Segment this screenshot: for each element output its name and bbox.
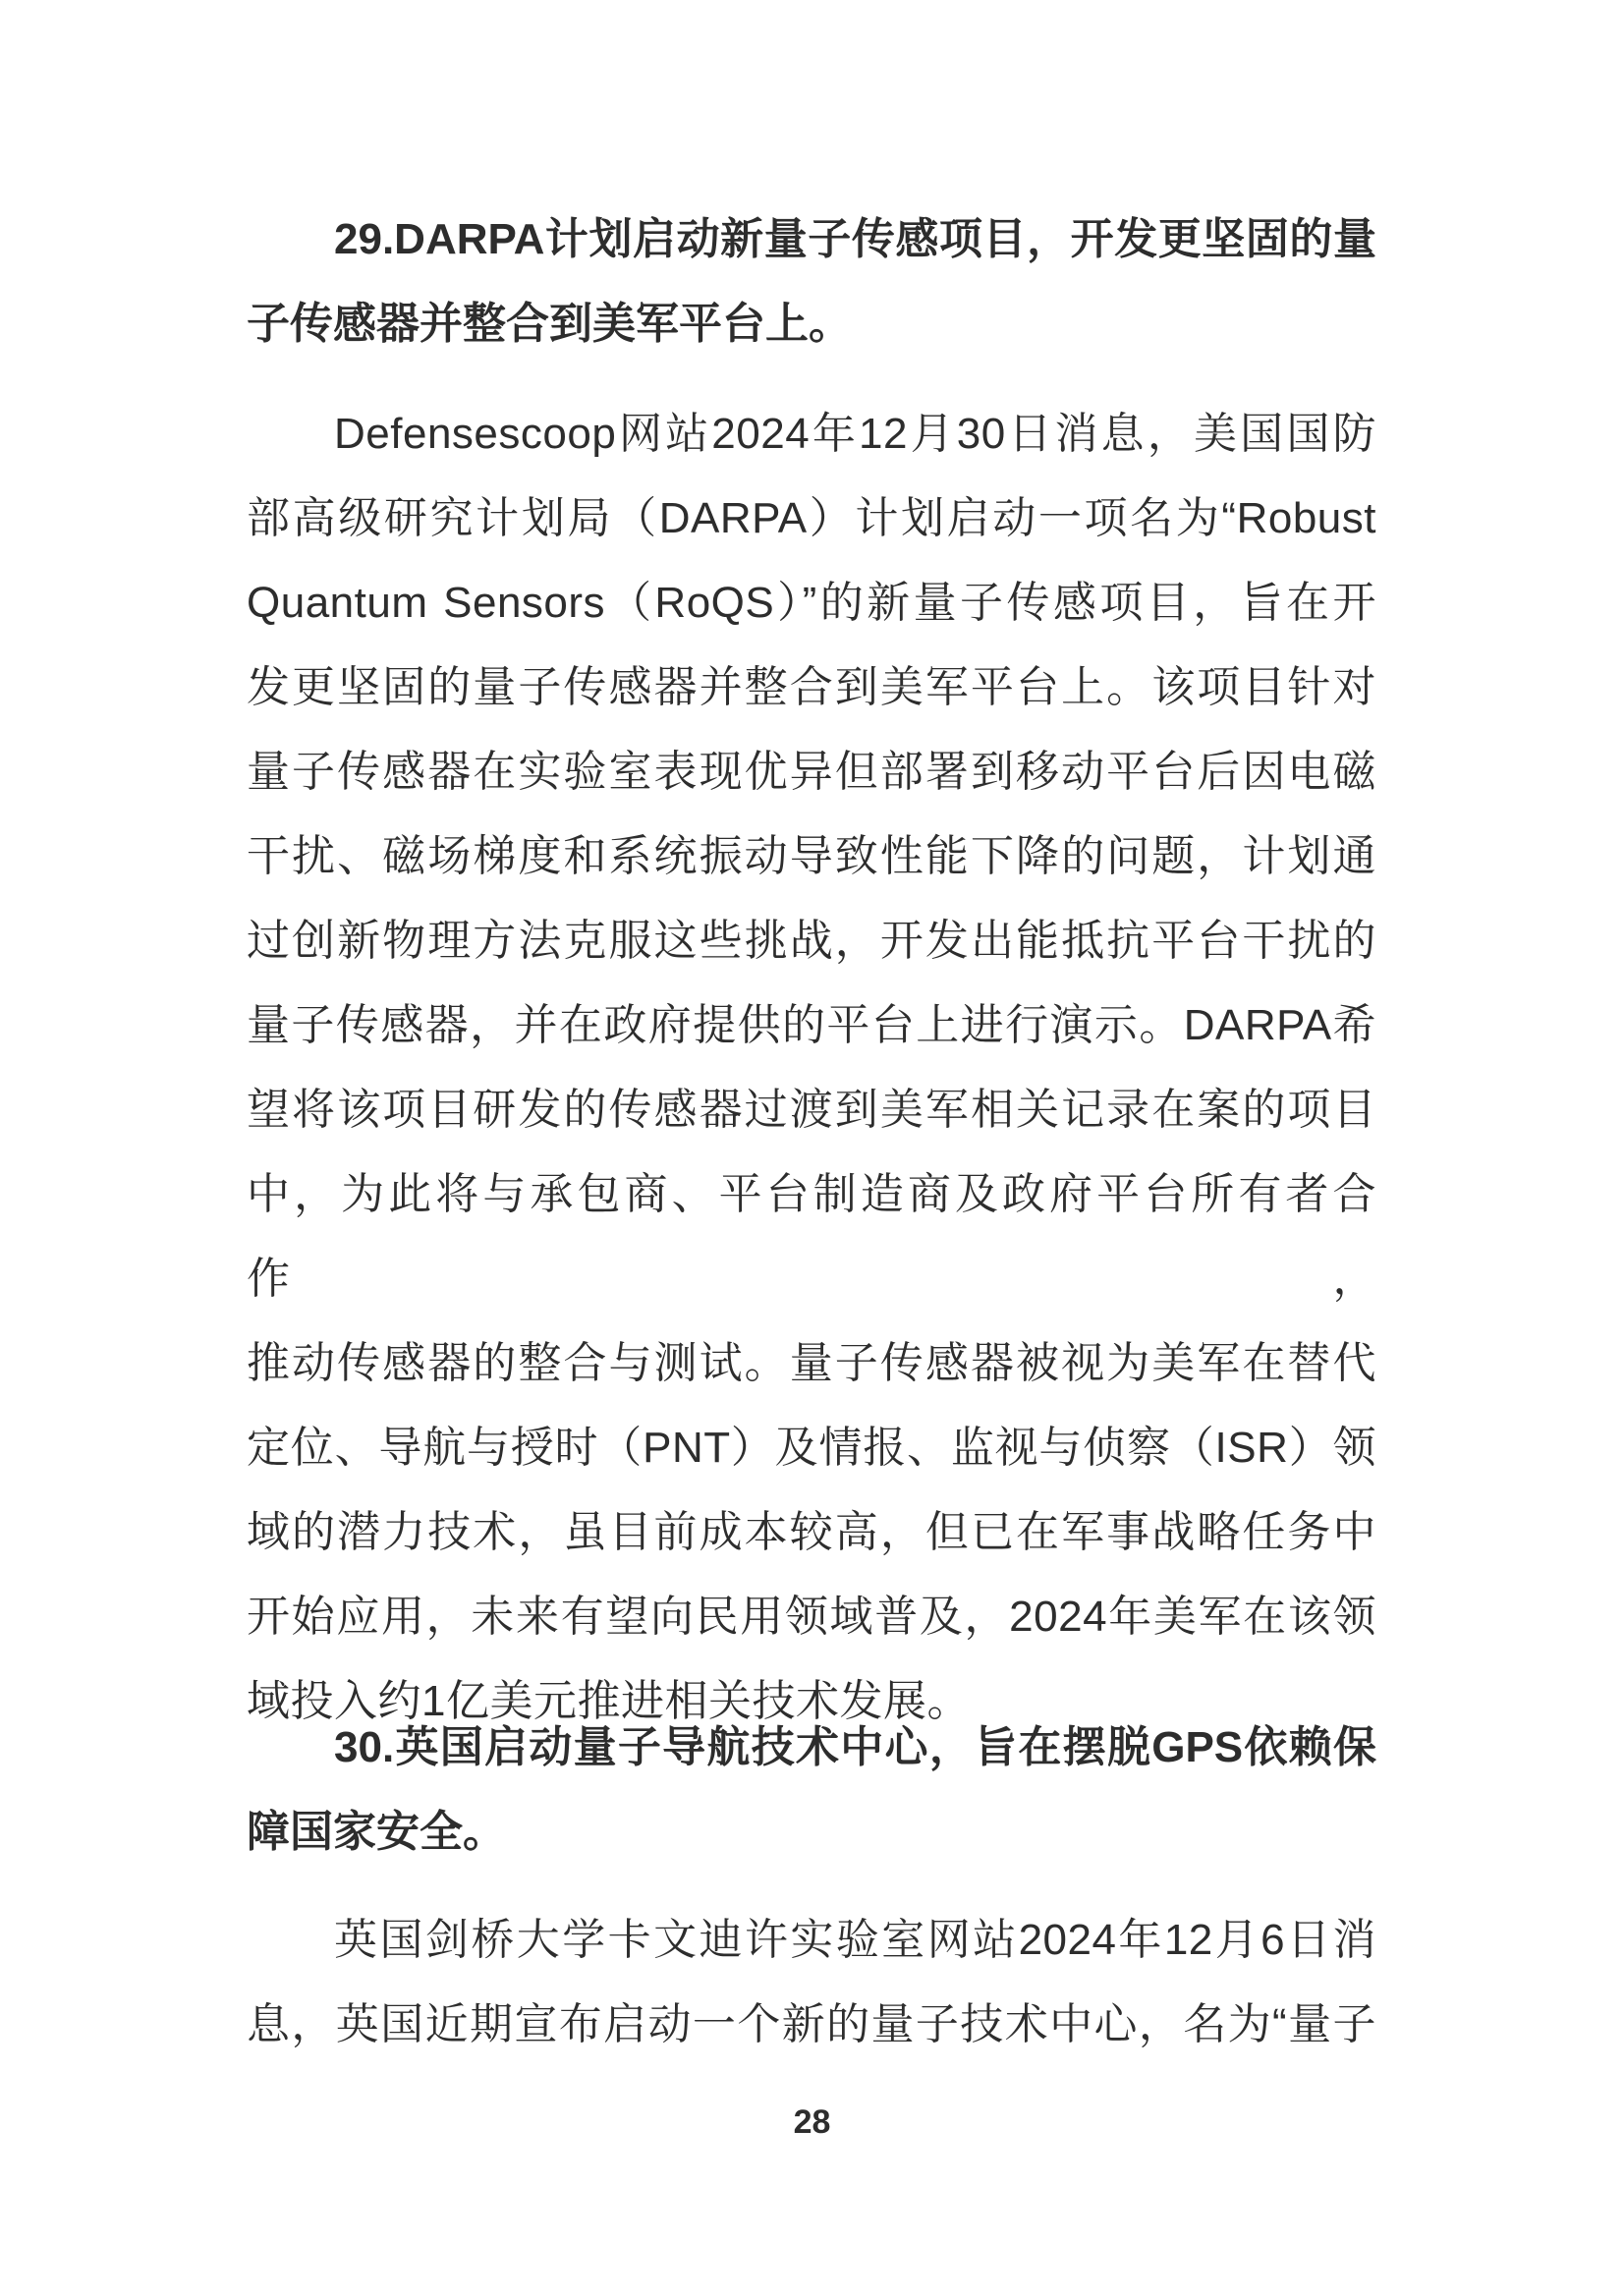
body-line: 息，英国近期宣布启动一个新的量子技术中心，名为“量子 (247, 1983, 1376, 2067)
heading-line: 29.DARPA计划启动新量子传感项目，开发更坚固的量 (247, 197, 1376, 282)
body-line: 量子传感器，并在政府提供的平台上进行演示。DARPA希 (247, 983, 1376, 1068)
body-line: 中，为此将与承包商、平台制造商及政府平台所有者合作， (247, 1152, 1376, 1321)
body-line: 域的潜力技术，虽目前成本较高，但已在军事战略任务中 (247, 1490, 1376, 1575)
body-line: 开始应用，未来有望向民用领域普及，2024年美军在该领 (247, 1575, 1376, 1659)
body-line: 望将该项目研发的传感器过渡到美军相关记录在案的项目 (247, 1068, 1376, 1152)
heading-line: 子传感器并整合到美军平台上。 (247, 282, 1376, 366)
section-29-paragraph: Defensescoop网站2024年12月30日消息，美国国防 部高级研究计划… (247, 392, 1376, 1744)
document-page: 29.DARPA计划启动新量子传感项目，开发更坚固的量 子传感器并整合到美军平台… (0, 0, 1624, 2296)
body-line: Defensescoop网站2024年12月30日消息，美国国防 (247, 392, 1376, 476)
heading-line: 障国家安全。 (247, 1790, 1376, 1875)
section-30-paragraph: 英国剑桥大学卡文迪许实验室网站2024年12月6日消 息，英国近期宣布启动一个新… (247, 1898, 1376, 2067)
body-line: 部高级研究计划局（DARPA）计划启动一项名为“Robust (247, 476, 1376, 561)
section-29-heading: 29.DARPA计划启动新量子传感项目，开发更坚固的量 子传感器并整合到美军平台… (247, 197, 1376, 366)
body-line: 定位、导航与授时（PNT）及情报、监视与侦察（ISR）领 (247, 1406, 1376, 1490)
section-30-heading: 30.英国启动量子导航技术中心，旨在摆脱GPS依赖保 障国家安全。 (247, 1706, 1376, 1875)
body-line: 英国剑桥大学卡文迪许实验室网站2024年12月6日消 (247, 1898, 1376, 1983)
heading-line: 30.英国启动量子导航技术中心，旨在摆脱GPS依赖保 (247, 1706, 1376, 1790)
body-line: 过创新物理方法克服这些挑战，开发出能抵抗平台干扰的 (247, 899, 1376, 983)
body-line: 推动传感器的整合与测试。量子传感器被视为美军在替代 (247, 1321, 1376, 1406)
body-line: Quantum Sensors（RoQS）”的新量子传感项目，旨在开 (247, 561, 1376, 645)
body-line: 干扰、磁场梯度和系统振动导致性能下降的问题，计划通 (247, 814, 1376, 899)
body-line: 发更坚固的量子传感器并整合到美军平台上。该项目针对 (247, 645, 1376, 730)
page-number: 28 (0, 2100, 1624, 2144)
body-line: 量子传感器在实验室表现优异但部署到移动平台后因电磁 (247, 730, 1376, 814)
